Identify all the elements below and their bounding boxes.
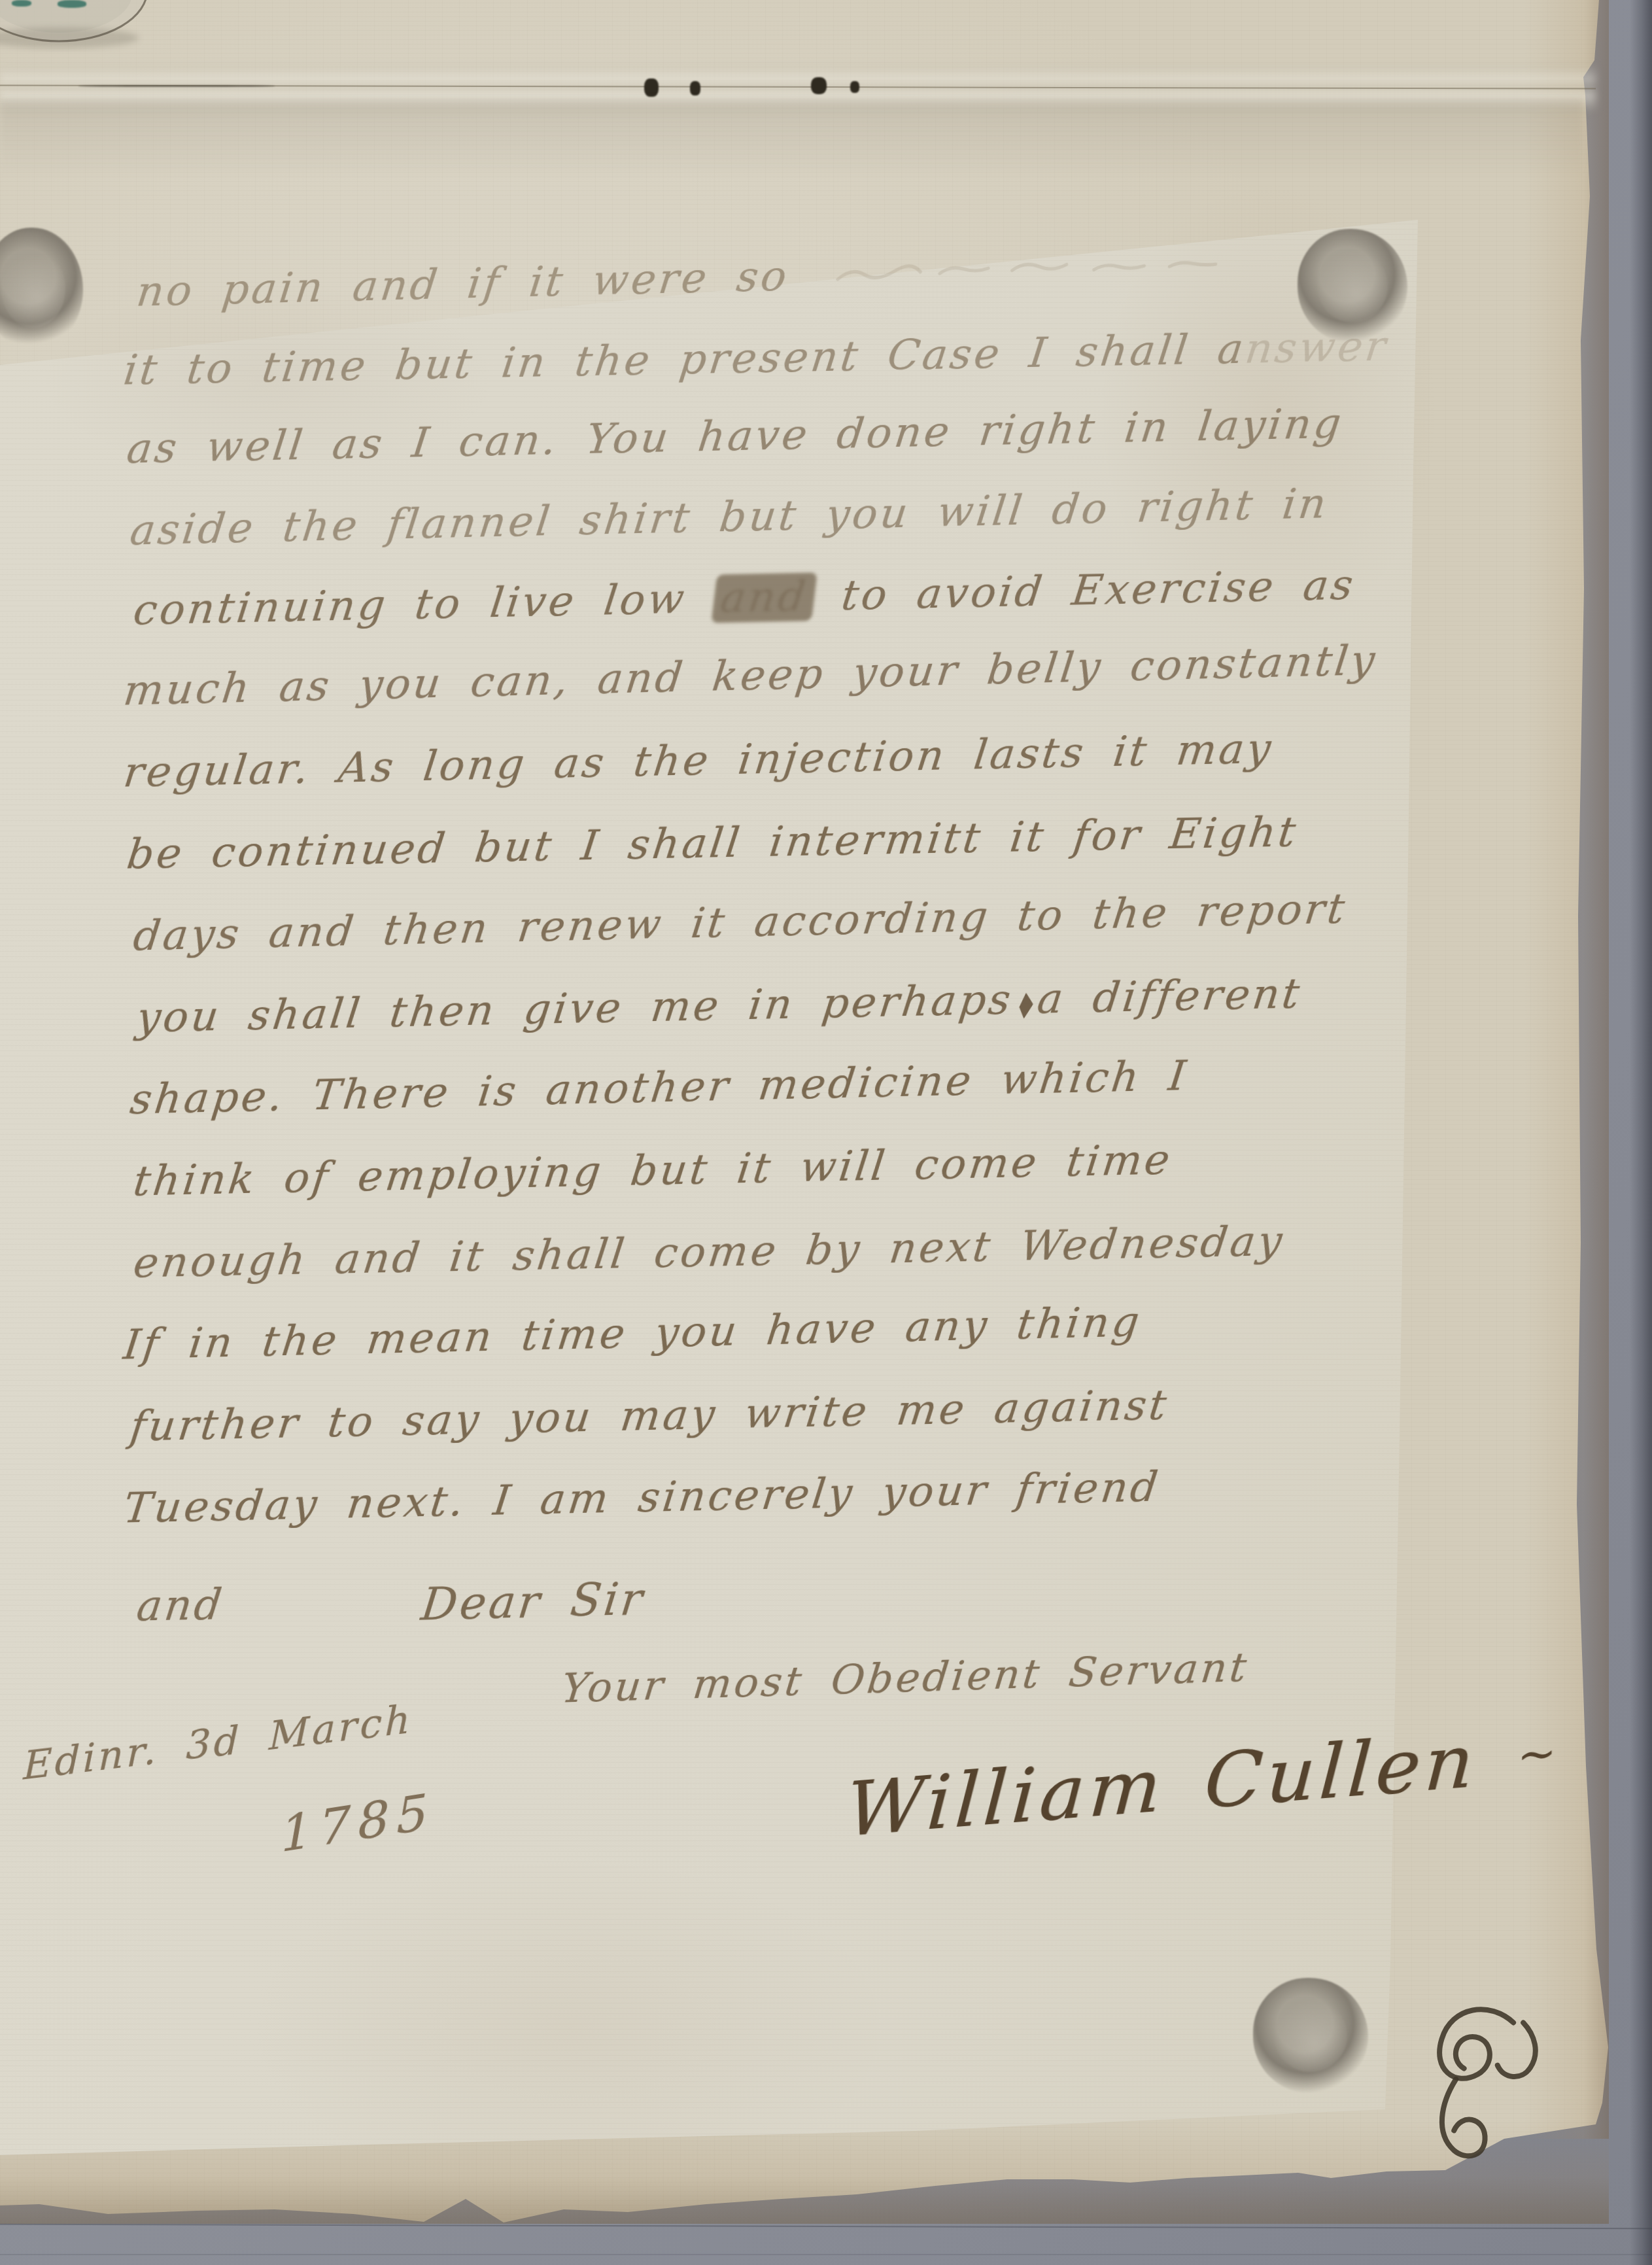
glass-weight-edge bbox=[0, 0, 170, 55]
album-page-browned-right-edge bbox=[1524, 0, 1609, 2139]
backing-pencil-line bbox=[0, 2224, 1652, 2230]
corner-inscription-mark bbox=[1405, 1991, 1591, 2185]
scan-right-edge-shadow bbox=[1630, 0, 1652, 2265]
line-text: a different bbox=[1035, 970, 1305, 1024]
faded-illegible-strokes bbox=[832, 241, 1245, 300]
crease-dark-segment bbox=[78, 85, 275, 87]
green-glass-glint bbox=[12, 0, 31, 7]
line-text: Dear Sir bbox=[419, 1574, 647, 1631]
crease-shadow-band bbox=[0, 98, 1583, 177]
signature-flourish: ~ bbox=[1516, 1725, 1562, 1782]
struck-out-word: and bbox=[712, 572, 817, 623]
crease-ink-speck bbox=[811, 77, 827, 94]
gray-smudge-spot-bottom bbox=[1253, 1978, 1368, 2093]
crease-ink-speck bbox=[690, 81, 700, 95]
scanned-letter-page: { "document": { "kind": "Handwritten let… bbox=[0, 0, 1652, 2265]
gray-smudge-spot-top-right bbox=[1298, 229, 1407, 343]
paper-stain bbox=[249, 1858, 889, 2198]
line-text: and bbox=[134, 1582, 227, 1631]
crease-ink-speck bbox=[644, 78, 659, 97]
green-glass-glint bbox=[58, 0, 86, 8]
crease-ink-speck bbox=[850, 81, 859, 93]
salutation: Dear Sir bbox=[419, 1574, 647, 1631]
closing-and: and bbox=[134, 1582, 227, 1631]
ink-blot bbox=[1014, 992, 1035, 1019]
backing-pencil-line-faint bbox=[0, 2254, 1652, 2255]
